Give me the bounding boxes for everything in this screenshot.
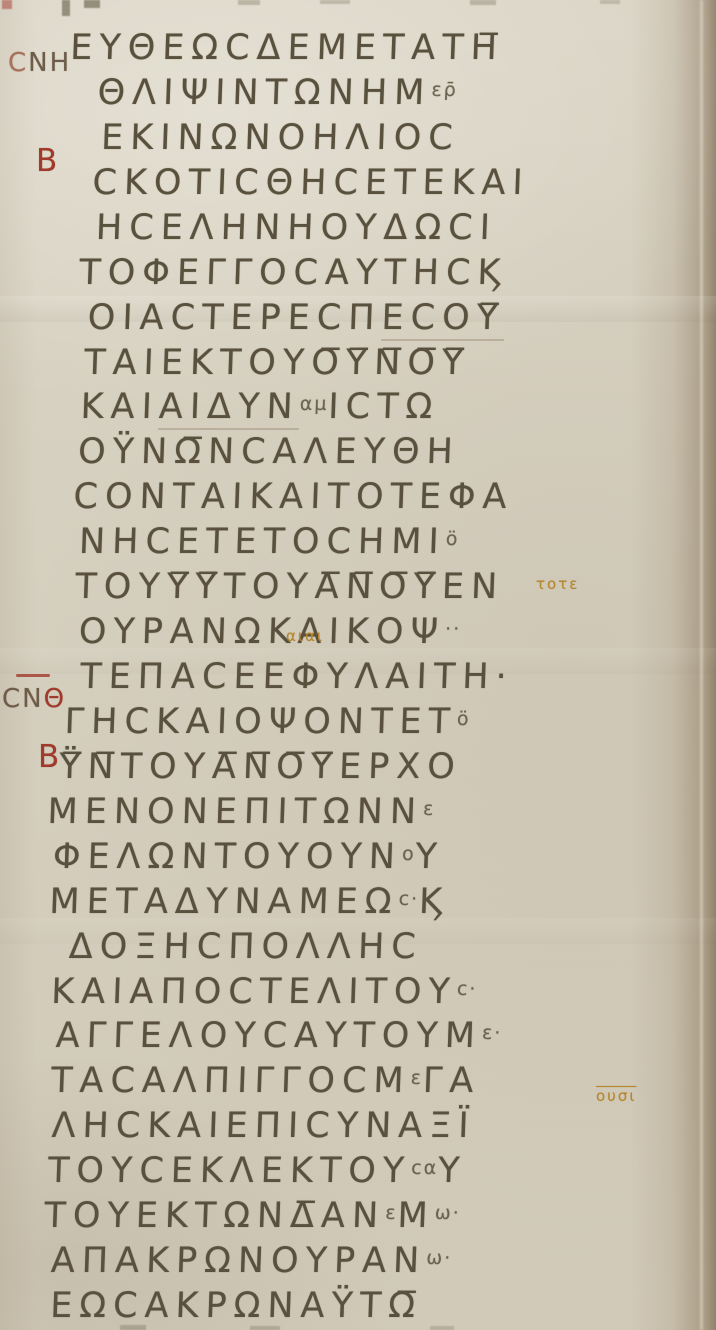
text-line: ΕΥΘΕΩϹΔΕΜΕΤΑΤΗ̅: [69, 26, 504, 71]
superscript-letters: ε: [385, 1202, 398, 1224]
cutoff-letter-remnant: [238, 0, 260, 5]
text-line: ΤΟΥϹΕΚΛΕΚΤΟΥϲαΥ: [47, 1149, 467, 1194]
uncial-text: ΕΩϹΑΚΡΩΝΑΫΤΩ̅: [50, 1286, 423, 1326]
text-line: ΕΩϹΑΚΡΩΝΑΫΤΩ̅: [49, 1284, 422, 1329]
cutoff-letter-remnant: [320, 0, 350, 4]
text-line: ΤΑϹΑΛΠΙΓΓΟϹΜεΓΑ: [50, 1059, 481, 1104]
uncial-text: ΤΟΥΥ̅Υ̅ΤΟΥΑ̅Ν̅Ο̅Υ̅ΕΝ: [75, 567, 505, 607]
uncial-text: ΕΥΘΕΩϹΔΕΜΕΤΑΤΗ̅: [70, 28, 505, 68]
text-line: ϹΚΟΤΙϹΘΗϹΕΤΕΚΑΙ: [92, 161, 531, 206]
superscript-letters: ε·: [482, 1022, 503, 1044]
text-line: ΦΕΛΩΝΤΟΥΟΥΝοΥ: [52, 835, 445, 880]
text-line: ΤΟΥΥ̅Υ̅ΤΟΥΑ̅Ν̅Ο̅Υ̅ΕΝ: [75, 565, 505, 610]
superscript-letters: ω·: [426, 1247, 453, 1269]
uncial-text: ΓΗϹΚΑΙΟΨΟΝΤΕΤ: [64, 702, 458, 742]
uncial-text: ΟΙΑϹΤΕΡΕϹΠ: [87, 298, 382, 338]
uncial-text: ΜΕΝΟΝΕΠΙΤΩΝΝ: [47, 792, 424, 832]
uncial-text: Ϋ̅Ν̅ΤΟΥΑ̅Ν̅Ο̅Υ̅ΕΡΧΟ: [58, 747, 462, 787]
manuscript-photo: ΕΥΘΕΩϹΔΕΜΕΤΑΤΗ̅ΘΛΙΨΙΝΤΩΝΗΜερ̄ΕΚΙΝΩΝΟΗΛΙΟ…: [0, 0, 716, 1330]
superscript-letters: ο̈: [457, 708, 471, 730]
uncial-text: Ϗ: [418, 882, 449, 922]
text-line: ΕΚΙΝΩΝΟΗΛΙΟϹ: [100, 116, 460, 161]
margin-canon-letter: Β: [36, 146, 59, 177]
margin-mark-text: Β: [36, 143, 59, 179]
superscript-letters: ϲ·: [398, 888, 419, 910]
margin-mark-text: Β: [38, 739, 61, 775]
text-line: ΤΟΦΕΓΓΟϹΑΥΤΗϹϏ: [79, 251, 509, 296]
text-line: ΛΗϹΚΑΙΕΠΙϹΥΝΑΞΪ: [51, 1104, 477, 1149]
superscript-letters: ο̈: [445, 528, 459, 550]
uncial-text: ΤΕΠΑϹΕΕΦΥΛΑΙΤΗ·: [80, 657, 515, 697]
uncial-text: ΘΛΙΨΙΝΤΩΝΗΜ: [97, 73, 432, 113]
text-line: ΗϹΕΛΗΝΗΟΥΔΩϹΙ: [95, 206, 498, 251]
uncial-text: ΚΑΙ: [80, 387, 160, 427]
text-line: ΟΥΡΑΝΩΚΑΙΚΟΨ··: [78, 610, 462, 655]
text-line: ΤΑΙΕΚΤΟΥΟ̅Υ̅Ν̅Ο̅Υ̅: [83, 341, 471, 386]
uncial-text: ΟΫΝΩ̅ΝϹΑΛΕΥΘΗ: [77, 432, 460, 472]
uncial-text: ΤΑϹΑΛΠΙΓΓΟϹΜ: [50, 1061, 411, 1101]
uncial-text: ΕϹΟΥ̅: [381, 298, 506, 341]
margin-mark-text: Θ: [44, 684, 66, 714]
margin-canon-letter: Β: [38, 742, 61, 773]
text-line: ϹΟΝΤΑΙΚΑΙΤΟΤΕΦΑ: [73, 475, 515, 520]
uncial-text: ΟΥΡΑΝΩΚΑΙΚΟΨ: [78, 612, 446, 652]
cutoff-letter-remnant: [600, 0, 620, 4]
uncial-text: ΑΙΔΥΝ: [158, 387, 300, 430]
uncial-text: ΤΟΥΕΚΤΩΝΔ̅ΑΝ: [44, 1196, 386, 1236]
uncial-text: ΝΗϹΕΤΕΤΟϹΗΜΙ: [78, 522, 446, 562]
superscript-letters: ω·: [434, 1202, 461, 1224]
superscript-letters: ϲα: [411, 1157, 439, 1179]
corrector-addition: αιαι: [286, 629, 324, 644]
uncial-text: ΛΗϹΚΑΙΕΠΙϹΥΝΑΞΪ: [51, 1106, 476, 1146]
text-line: ΜΕΤΑΔΥΝΑΜΕΩϲ·Ϗ: [49, 880, 450, 925]
corrector-addition: τοτε: [536, 577, 579, 592]
text-line: ΚΑΙΑΠΟϹΤΕΛΙΤΟΥϲ·: [50, 970, 478, 1015]
superscript-letters: ο: [402, 843, 416, 865]
uncial-text: Υ: [437, 1151, 467, 1191]
uncial-text: ΗϹΕΛΗΝΗΟΥΔΩϹΙ: [95, 208, 497, 248]
text-line: ΤΟΥΕΚΤΩΝΔ̅ΑΝεΜω·: [44, 1194, 462, 1239]
text-line: ΓΗϹΚΑΙΟΨΟΝΤΕΤο̈: [64, 700, 471, 745]
superscript-letters: ε: [423, 798, 436, 820]
uncial-text: ΤΑΙΕΚΤΟΥΟ̅Υ̅Ν̅Ο̅Υ̅: [84, 343, 471, 383]
margin-section-number: ϹΝΗ: [8, 50, 71, 76]
text-line: ΑΠΑΚΡΩΝΟΥΡΑΝω·: [50, 1239, 453, 1284]
uncial-text: Υ: [415, 837, 445, 877]
cutoff-letter-remnant: [62, 0, 70, 16]
text-line: ΚΑΙΑΙΔΥΝαμΙϹΤΩ: [80, 385, 440, 430]
uncial-text: ΜΕΤΑΔΥΝΑΜΕΩ: [49, 882, 400, 922]
uncial-text: Μ: [397, 1196, 436, 1236]
cutoff-letter-remnant: [84, 0, 100, 8]
rubric-overline: [16, 674, 50, 677]
cutoff-rubric-remnant: [2, 0, 12, 9]
text-line: Ϋ̅Ν̅ΤΟΥΑ̅Ν̅Ο̅Υ̅ΕΡΧΟ: [58, 745, 462, 790]
uncial-text: ΑΠΑΚΡΩΝΟΥΡΑΝ: [50, 1241, 427, 1281]
superscript-letters: ϲ·: [457, 978, 478, 1000]
cutoff-letter-remnant: [470, 0, 496, 5]
superscript-letters: αμ: [299, 393, 328, 415]
margin-section-number: ϹΝΘ: [2, 686, 66, 712]
cutoff-letter-remnant: [430, 1326, 454, 1330]
uncial-text: ϹΟΝΤΑΙΚΑΙΤΟΤΕΦΑ: [73, 477, 514, 517]
margin-mark-text: ϹΝ: [2, 684, 44, 714]
text-line: ΟΙΑϹΤΕΡΕϹΠΕϹΟΥ̅: [87, 296, 506, 341]
superscript-letters: ··: [445, 618, 462, 640]
text-line: ΤΕΠΑϹΕΕΦΥΛΑΙΤΗ·: [79, 655, 514, 700]
text-line: ΟΫΝΩ̅ΝϹΑΛΕΥΘΗ: [77, 430, 460, 475]
margin-mark-text: Ϲ: [8, 48, 28, 78]
uncial-text: ΕΚΙΝΩΝΟΗΛΙΟϹ: [100, 118, 460, 158]
text-line: ΘΛΙΨΙΝΤΩΝΗΜερ̄: [97, 71, 459, 116]
uncial-text: ΙϹΤΩ: [328, 387, 440, 427]
text-line: ΝΗϹΕΤΕΤΟϹΗΜΙο̈: [78, 520, 460, 565]
uncial-text: ΤΟΥϹΕΚΛΕΚΤΟΥ: [47, 1151, 412, 1191]
uncial-text: ΚΑΙΑΠΟϹΤΕΛΙΤΟΥ: [51, 972, 458, 1012]
uncial-text: ΦΕΛΩΝΤΟΥΟΥΝ: [52, 837, 402, 877]
corrector-addition: ουσι: [596, 1089, 636, 1104]
uncial-text: ϹΚΟΤΙϹΘΗϹΕΤΕΚΑΙ: [92, 163, 531, 203]
text-line: ΔΟΞΗϹΠΟΛΛΗϹ: [68, 925, 423, 970]
uncial-text: ΔΟΞΗϹΠΟΛΛΗϹ: [68, 927, 423, 967]
superscript-letters: ε: [410, 1067, 423, 1089]
superscript-letters: ερ̄: [431, 79, 458, 101]
uncial-text: ΓΑ: [422, 1061, 481, 1101]
margin-mark-text: ΝΗ: [28, 48, 71, 78]
uncial-text: ΤΟΦΕΓΓΟϹΑΥΤΗϹϏ: [79, 253, 508, 293]
text-line: ΜΕΝΟΝΕΠΙΤΩΝΝε: [47, 790, 436, 835]
text-line: ΑΓΓΕΛΟΥϹΑΥΤΟΥΜε·: [55, 1014, 503, 1059]
uncial-text: ΑΓΓΕΛΟΥϹΑΥΤΟΥΜ: [55, 1016, 483, 1056]
